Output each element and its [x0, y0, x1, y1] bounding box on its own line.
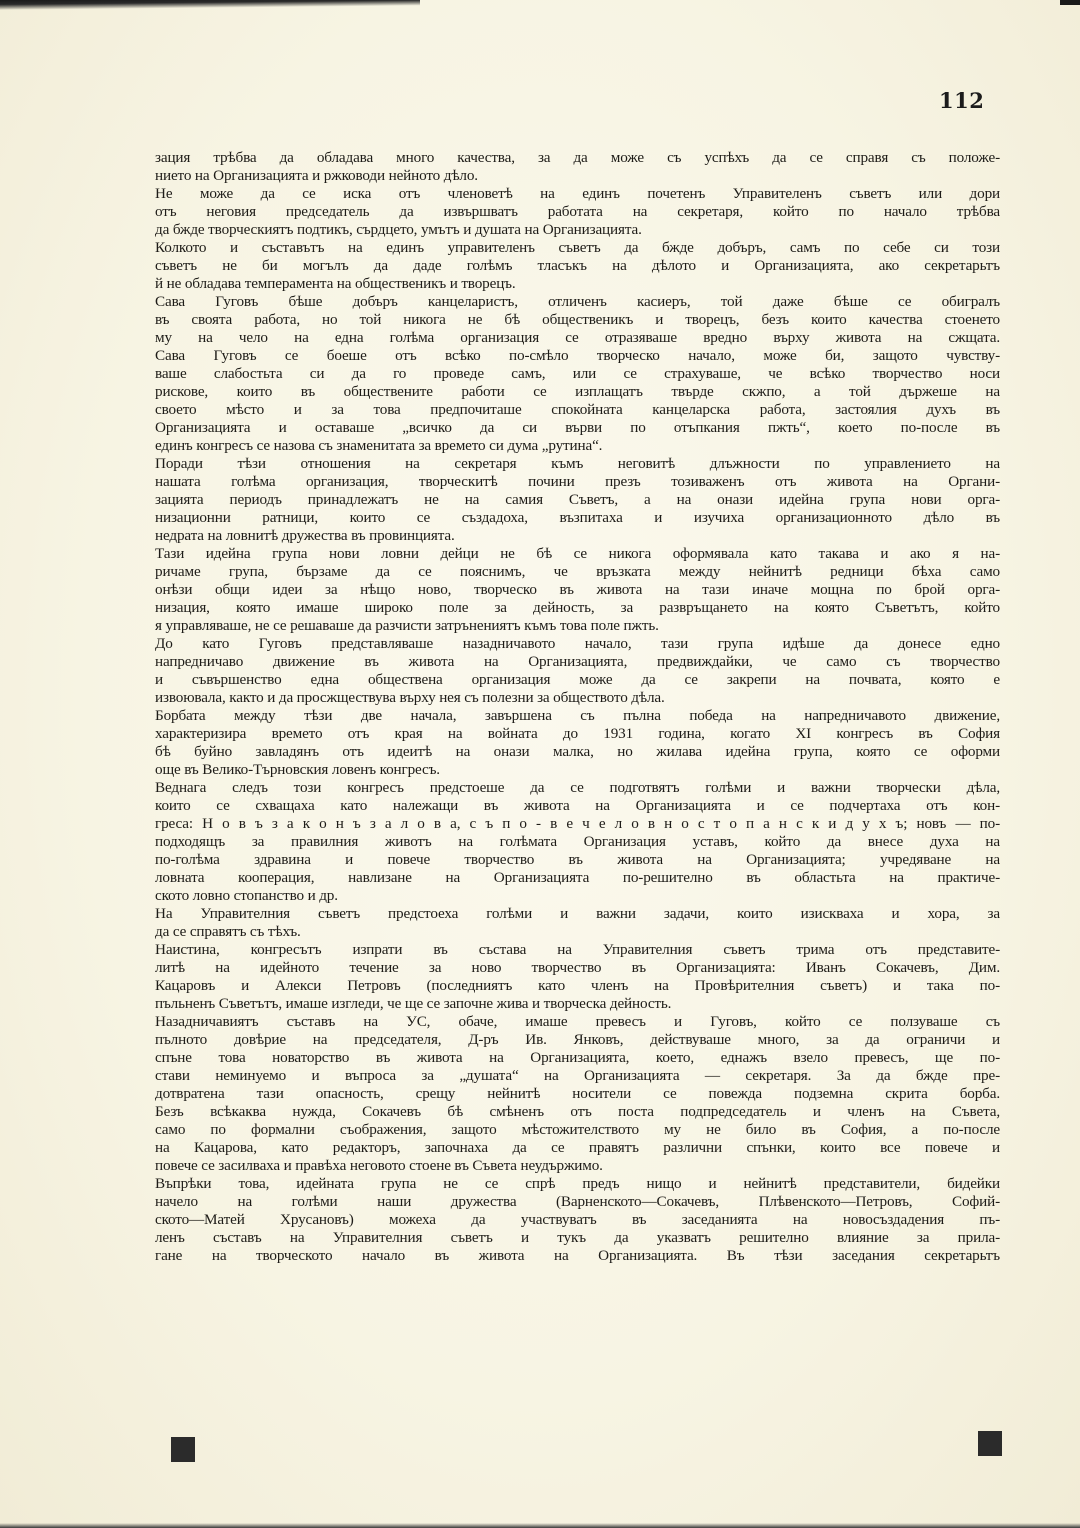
registration-mark-left	[171, 1437, 195, 1462]
text-line: рискове, които въ обществените работи се…	[155, 383, 1000, 401]
text-line: стави неминуемо и въпроса за „душата“ на…	[155, 1067, 1000, 1085]
text-line: по-голѣма здравина и повече творчество в…	[155, 851, 1000, 869]
text-line: Колкото и съставътъ на единъ управителен…	[155, 239, 1000, 257]
text-line: отъ неговия председатель да извършватъ р…	[155, 203, 1000, 221]
paragraph: Тази идейна група нови ловни дейци не бѣ…	[155, 545, 1000, 635]
paragraph: Борбата между тѣзи две начала, завършена…	[155, 707, 1000, 779]
text-line: единъ конгресъ се назова съ знаменитата …	[155, 437, 602, 455]
text-line: на Кацарова, като редакторъ, започнаха д…	[155, 1139, 1000, 1157]
text-line: начело на голѣми наши дружества (Варненс…	[155, 1193, 1000, 1211]
text-line: да бжде творческиятъ подтикъ, сърдцето, …	[155, 221, 642, 239]
text-line: дотвратена тази опасность, срещу нейнитѣ…	[155, 1085, 1000, 1103]
text-line: пълното довѣрие на председателя, Д-ръ Ив…	[155, 1031, 1000, 1049]
text-line: литѣ на идейното течение за ново творчес…	[155, 959, 1000, 977]
text-line: повече се засилваха и правѣха неговото с…	[155, 1157, 603, 1175]
text-line: Сава Гуговъ се боеше отъ всѣко по-смѣло …	[155, 347, 1000, 365]
scan-edge-shadow-bottom	[0, 1523, 1080, 1528]
text-line: ското—Матей Хрусановъ) можеха да участву…	[155, 1211, 1000, 1229]
text-line: Въпрѣки това, идейната група не се спрѣ …	[155, 1175, 1000, 1193]
text-line: Организацията и оставаше „всичко да си в…	[155, 419, 1000, 437]
text-line: въ своята работа, но той никога не бѣ об…	[155, 311, 1000, 329]
text-line: низационни ратници, които се създадоха, …	[155, 509, 1000, 527]
text-line: подходящъ за правилния животъ на голѣмат…	[155, 833, 1000, 851]
paragraph: Наистина, конгресътъ изпрати въ състава …	[155, 941, 1000, 1013]
text-line: Наистина, конгресътъ изпрати въ състава …	[155, 941, 1000, 959]
text-line: греса: Н о в ъ з а к о н ъ з а л о в а, …	[155, 815, 1000, 833]
text-line: Не може да се иска отъ членоветѣ на един…	[155, 185, 1000, 203]
text-line: Назадничавиятъ съставъ на УС, обаче, има…	[155, 1013, 1000, 1031]
text-line: ричаме група, бързаме да се пояснимъ, че…	[155, 563, 1000, 581]
paragraph: Колкото и съставътъ на единъ управителен…	[155, 239, 1000, 293]
paragraph: Назадничавиятъ съставъ на УС, обаче, има…	[155, 1013, 1000, 1175]
scan-edge-shadow-top	[0, 0, 420, 10]
text-line: зацията периодъ принадлежатъ не на самия…	[155, 491, 1000, 509]
scanned-page: 112 зация трѣбва да обладава много качес…	[0, 0, 1080, 1528]
paragraph: Веднага следъ този конгресъ предстоеше д…	[155, 779, 1000, 905]
text-line: нието на Организацията и ржководи нейнот…	[155, 167, 478, 185]
text-line: напредничаво движение въ живота на Орган…	[155, 653, 1000, 671]
text-line: зация трѣбва да обладава много качества,…	[155, 149, 1000, 167]
text-line: само по формални съображения, защото мѣс…	[155, 1121, 1000, 1139]
text-line: На Управителния съветъ предстоеха голѣми…	[155, 905, 1000, 923]
paragraph: Сава Гуговъ бѣше добъръ канцеларистъ, от…	[155, 293, 1000, 455]
text-line: Тази идейна група нови ловни дейци не бѣ…	[155, 545, 1000, 563]
text-line: съветъ не би могълъ да даде голѣмъ тласъ…	[155, 257, 1000, 275]
paragraph: Поради тѣзи отношения на секретаря къмъ …	[155, 455, 1000, 545]
text-line: До като Гуговъ представляваше назадничав…	[155, 635, 1000, 653]
text-line: ленъ съставъ на Управителния съветъ и ту…	[155, 1229, 1000, 1247]
text-line: Поради тѣзи отношения на секретаря къмъ …	[155, 455, 1000, 473]
text-line: и съвършенство една обществена организац…	[155, 671, 1000, 689]
text-line: ловната кооперация, навлизане на Организ…	[155, 869, 1000, 887]
text-line: онѣзи общи идеи за нѣщо ново, творческо …	[155, 581, 1000, 599]
text-line: нашата голѣма организация, творческитѣ п…	[155, 473, 1000, 491]
text-line: извоювала, както и да просжществува върх…	[155, 689, 665, 707]
text-line: Безъ всѣкаква нужда, Сокачевъ бѣ смѣненъ…	[155, 1103, 1000, 1121]
text-line: които се схващаха като належащи въ живот…	[155, 797, 1000, 815]
text-line: ското ловно стопанство и др.	[155, 887, 338, 905]
paragraph: На Управителния съветъ предстоеха голѣми…	[155, 905, 1000, 941]
text-line: й не обладава темперамента на обществени…	[155, 275, 516, 293]
scan-edge-shadow-top-right	[1060, 0, 1080, 5]
text-line: недрата на ловнитѣ дружества въ провинци…	[155, 527, 455, 545]
text-line: бѣ буйно завладянъ отъ идеитѣ на онази м…	[155, 743, 1000, 761]
paragraph: Въпрѣки това, идейната група не се спрѣ …	[155, 1175, 1000, 1265]
text-line: Веднага следъ този конгресъ предстоеше д…	[155, 779, 1000, 797]
body-text: зация трѣбва да обладава много качества,…	[155, 149, 1000, 1265]
text-line: да се справятъ съ тѣхъ.	[155, 923, 301, 941]
paragraph: До като Гуговъ представляваше назадничав…	[155, 635, 1000, 707]
text-line: Сава Гуговъ бѣше добъръ канцеларистъ, от…	[155, 293, 1000, 311]
text-line: пъльненъ Съветътъ, имаше изгледи, че ще …	[155, 995, 671, 1013]
text-line: ваше слабостьта си да го проведе самъ, и…	[155, 365, 1000, 383]
registration-mark-right	[978, 1431, 1002, 1456]
text-line: я управляваше, не се решаваше да разчист…	[155, 617, 659, 635]
text-line: гане на творческото начало въ живота на …	[155, 1247, 1000, 1265]
paragraph: зация трѣбва да обладава много качества,…	[155, 149, 1000, 185]
text-line: спъне това новаторство въ живота на Орга…	[155, 1049, 1000, 1067]
paragraph: Не може да се иска отъ членоветѣ на един…	[155, 185, 1000, 239]
text-line: още въ Велико-Търновския ловенъ конгресъ…	[155, 761, 440, 779]
text-line: характеризира времето отъ края на войнат…	[155, 725, 1000, 743]
page-number: 112	[939, 88, 984, 113]
text-line: низация, която имаше широко поле за дейн…	[155, 599, 1000, 617]
text-line: Кацаровъ и Алекси Петровъ (последниятъ к…	[155, 977, 1000, 995]
text-line: Борбата между тѣзи две начала, завършена…	[155, 707, 1000, 725]
text-line: своето мѣсто и за това предпочиташе спок…	[155, 401, 1000, 419]
text-line: му на чело на една голѣма организация се…	[155, 329, 1000, 347]
